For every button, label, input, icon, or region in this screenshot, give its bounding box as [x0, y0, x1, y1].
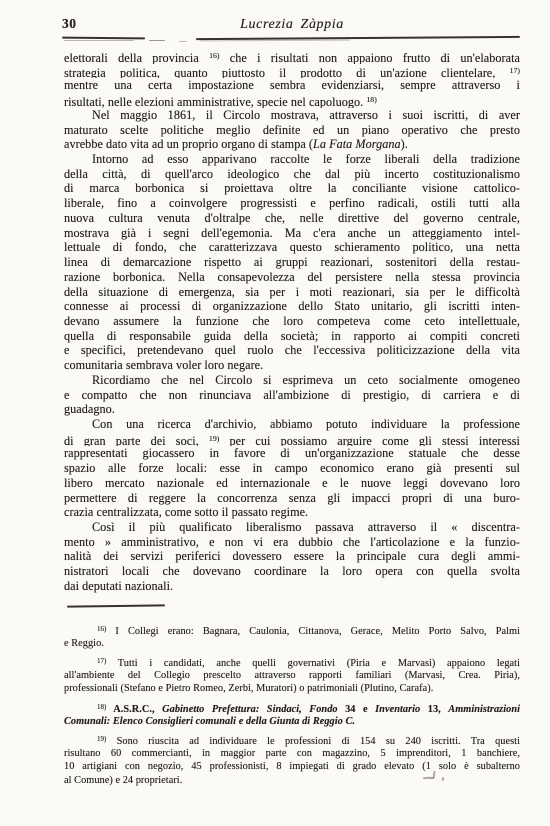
footnote-ref: 17) — [97, 657, 106, 665]
text-segment: Nel maggio 1861, il Circolo mostrava, at… — [92, 108, 520, 122]
text-segment: nalità dei servizi periferici dovessero … — [64, 549, 520, 563]
text-line: spazio alle forze locali: esse in campo … — [64, 461, 520, 476]
text-segment: liberale, fino a coinvolgere progressist… — [64, 196, 520, 210]
paragraph: Con una ricerca d'archivio, abbiamo potu… — [64, 417, 520, 520]
text-line: 18) A.S.R.C., Gabinetto Prefettura: Sind… — [64, 701, 520, 715]
paragraph: Nel maggio 1861, il Circolo mostrava, at… — [64, 108, 520, 152]
page-number: 30 — [62, 16, 77, 32]
text-segment: e compatto che non rinunciava all'ambizi… — [64, 388, 520, 402]
text-segment: spazio alle forze locali: esse in campo … — [64, 461, 520, 475]
text-line: 10 artigiani con negozio, 45 professioni… — [64, 760, 520, 774]
footnote-ref: 16) — [209, 51, 219, 60]
book-page: 30 Lucrezia Zàppia elettorali della prov… — [0, 0, 550, 826]
text-line: nalità dei servizi periferici dovessero … — [64, 549, 520, 564]
text-line: liberale, fino a coinvolgere progressist… — [64, 196, 520, 211]
text-line: della situazione di emergenza, sia per i… — [64, 285, 520, 300]
text-line: mentre una certa impostazione sembra evi… — [64, 78, 520, 93]
text-segment: connesse ai processi di organizzazione d… — [64, 299, 520, 313]
text-segment: devano assumere la funzione che loro com… — [64, 314, 520, 328]
text-segment: Comunali: Elenco Consiglieri comunali e … — [64, 716, 355, 727]
text-line: elettorali della provincia 16) che i ris… — [64, 49, 520, 64]
text-line: 16) I Collegi erano: Bagnara, Caulonia, … — [64, 623, 520, 637]
text-line: di gran parte dei soci, 19) per cui poss… — [64, 432, 520, 447]
text-segment: quella di responsabile guida della socie… — [64, 329, 520, 343]
text-segment: La Fata Morgana — [313, 137, 401, 151]
text-line: strategia politica, quanto piuttosto il … — [64, 64, 520, 79]
text-line: comunitaria sembrava voler loro negare. — [64, 358, 520, 373]
footnote: 18) A.S.R.C., Gabinetto Prefettura: Sind… — [64, 701, 520, 728]
text-segment: per cui possiamo arguire come gli stessi… — [219, 434, 520, 447]
footnote-separator-rule — [67, 604, 165, 607]
text-segment: linea di demarcazione rispetto ai gruppi… — [64, 255, 520, 269]
text-line: Nel maggio 1861, il Circolo mostrava, at… — [64, 108, 520, 123]
footnote: 17) Tutti i candidati, anche quelli gove… — [64, 655, 520, 696]
text-segment: I Collegi erano: Bagnara, Caulonia, Citt… — [106, 626, 520, 637]
text-segment: lettuale di fondo, che caratterizzava qu… — [64, 240, 520, 254]
text-line: all'ambiente del Collegio prescelto attr… — [64, 669, 520, 683]
text-segment: strategia politica, quanto piuttosto il … — [64, 66, 510, 79]
text-segment: all'ambiente del Collegio prescelto attr… — [64, 670, 520, 681]
text-segment: Ricordiamo che nel Circolo si esprimeva … — [92, 373, 520, 387]
text-line: devano assumere la funzione che loro com… — [64, 314, 520, 329]
text-segment: della città, di quell'arco ideologico ch… — [64, 167, 520, 181]
text-line: e specifici, pretendevano quel ruolo che… — [64, 343, 520, 358]
text-segment: nistratori locali che dovevano coordinar… — [64, 564, 520, 578]
paragraph: Così il più qualificato liberalismo pass… — [64, 520, 520, 594]
text-line: e compatto che non rinunciava all'ambizi… — [64, 388, 520, 403]
footnote: 16) I Collegi erano: Bagnara, Caulonia, … — [64, 623, 520, 650]
text-line: mostrava già i segni dell'egemonia. Ma c… — [64, 226, 520, 241]
text-segment: nuova cultura venuta d'oltralpe che, nel… — [64, 211, 520, 225]
header-rule-segment — [200, 40, 350, 42]
text-line: risultano 60 commercianti, in maggior pa… — [64, 747, 520, 761]
text-segment: dai deputati nazionali. — [64, 579, 173, 593]
text-segment: comunitaria sembrava voler loro negare. — [64, 358, 263, 372]
text-line: nuova cultura venuta d'oltralpe che, nel… — [64, 211, 520, 226]
text-segment: 34 e — [338, 704, 376, 715]
text-segment: risultano 60 commercianti, in maggior pa… — [64, 748, 520, 759]
text-segment: Amministrazioni — [448, 704, 520, 715]
text-segment: al Comune) e 24 proprietari. — [64, 775, 182, 786]
text-line: permettere di reggere la concorrenza sen… — [64, 491, 520, 506]
footnote-ref: 18) — [366, 95, 376, 104]
text-line: connesse ai processi di organizzazione d… — [64, 299, 520, 314]
text-line: Così il più qualificato liberalismo pass… — [64, 520, 520, 535]
header-rule-segment — [62, 37, 145, 40]
text-line: e Reggio. — [64, 637, 520, 651]
text-segment: permettere di reggere la concorrenza sen… — [64, 491, 520, 505]
text-segment: Tutti i candidati, anche quelli governat… — [106, 658, 520, 669]
text-segment: libero mercato nazionale ed internaziona… — [64, 476, 520, 490]
text-segment: e Reggio. — [64, 638, 104, 649]
text-line: della città, di quell'arco ideologico ch… — [64, 167, 520, 182]
text-segment: rappresentati giocassero in favore di un… — [64, 446, 520, 460]
footnote-ref: 19) — [97, 735, 106, 743]
footnote-ref: 17) — [510, 66, 520, 75]
text-segment: mentre una certa impostazione sembra evi… — [64, 78, 520, 92]
text-segment: crazia centralizzata, come sotto il pass… — [64, 505, 308, 519]
text-segment: mostrava già i segni dell'egemonia. Ma c… — [64, 226, 520, 240]
text-line: guadagno. — [64, 402, 520, 417]
paragraph: Intorno ad esso apparivano raccolte le f… — [64, 152, 520, 373]
header-rule-segment — [179, 41, 187, 42]
text-line: rappresentati giocassero in favore di un… — [64, 446, 520, 461]
text-line: razione borbonica. Nella consapevolezza … — [64, 270, 520, 285]
text-line: Ricordiamo che nel Circolo si esprimeva … — [64, 373, 520, 388]
text-line: 17) Tutti i candidati, anche quelli gove… — [64, 655, 520, 669]
text-segment: 10 artigiani con negozio, 45 professioni… — [64, 761, 520, 772]
footnotes: 16) I Collegi erano: Bagnara, Caulonia, … — [64, 623, 520, 793]
text-segment: che i risultati non appaiono frutto di u… — [219, 51, 520, 64]
paragraph: Ricordiamo che nel Circolo si esprimeva … — [64, 373, 520, 417]
footnote-ref: 19) — [209, 434, 219, 443]
text-segment: 13, — [420, 704, 448, 715]
text-segment: professionali (Stefano e Pietro Romeo, Z… — [64, 683, 433, 694]
body-text: elettorali della provincia 16) che i ris… — [64, 49, 520, 594]
text-line: lettuale di fondo, che caratterizzava qu… — [64, 240, 520, 255]
text-segment: razione borbonica. Nella consapevolezza … — [64, 270, 520, 284]
text-segment: mento » amministrativo, e non vi era dub… — [64, 535, 520, 549]
text-line: Con una ricerca d'archivio, abbiamo potu… — [64, 417, 520, 432]
text-segment: elettorali della provincia — [64, 51, 209, 64]
text-segment: di marca borbonica si proiettava oltre l… — [64, 181, 520, 195]
text-line: crazia centralizzata, come sotto il pass… — [64, 505, 520, 520]
text-line: di marca borbonica si proiettava oltre l… — [64, 181, 520, 196]
text-line: mento » amministrativo, e non vi era dub… — [64, 535, 520, 550]
text-line: linea di demarcazione rispetto ai gruppi… — [64, 255, 520, 270]
text-line: libero mercato nazionale ed internaziona… — [64, 476, 520, 491]
text-segment: della situazione di emergenza, sia per i… — [64, 285, 520, 299]
paragraph: elettorali della provincia 16) che i ris… — [64, 49, 520, 108]
text-line: Comunali: Elenco Consiglieri comunali e … — [64, 715, 520, 729]
text-segment: Sono riuscita ad individuare le professi… — [106, 736, 520, 747]
text-line: risultati, nelle elezioni amministrative… — [64, 93, 520, 108]
text-segment: risultati, nelle elezioni amministrative… — [64, 95, 366, 108]
text-segment: Intorno ad esso apparivano raccolte le f… — [92, 152, 520, 166]
text-line: maturato scelte politiche meglio definit… — [64, 123, 520, 138]
running-title: Lucrezia Zàppia — [240, 17, 344, 32]
text-line: 19) Sono riuscita ad individuare le prof… — [64, 733, 520, 747]
footnote-ref: 18) — [97, 703, 106, 711]
text-segment: Con una ricerca d'archivio, abbiamo potu… — [92, 417, 520, 431]
text-line: professionali (Stefano e Pietro Romeo, Z… — [64, 682, 520, 696]
header-rule-segment — [64, 40, 134, 41]
text-line: dai deputati nazionali. — [64, 579, 520, 594]
text-segment: maturato scelte politiche meglio definit… — [64, 123, 520, 137]
text-segment: ). — [401, 137, 408, 151]
text-segment: Inventario — [375, 704, 420, 715]
text-line: nistratori locali che dovevano coordinar… — [64, 564, 520, 579]
text-segment: e specifici, pretendevano quel ruolo che… — [64, 343, 520, 357]
text-segment: di gran parte dei soci, — [64, 434, 209, 447]
text-line: quella di responsabile guida della socie… — [64, 329, 520, 344]
text-line: al Comune) e 24 proprietari. — [64, 774, 520, 788]
header-rule-segment — [149, 40, 165, 41]
page-header: 30 Lucrezia Zàppia — [64, 15, 520, 33]
text-segment: Gabinetto Prefettura: Sindaci, Fondo — [162, 704, 337, 715]
text-segment: A.S.R.C., — [106, 704, 162, 715]
text-line: Intorno ad esso apparivano raccolte le f… — [64, 152, 520, 167]
text-line: avrebbe dato vita ad un proprio organo d… — [64, 137, 520, 152]
text-segment: Così il più qualificato liberalismo pass… — [92, 520, 520, 534]
footnote: 19) Sono riuscita ad individuare le prof… — [64, 733, 520, 787]
text-segment: avrebbe dato vita ad un proprio organo d… — [64, 137, 313, 151]
text-segment: guadagno. — [64, 402, 115, 416]
footnote-ref: 16) — [97, 625, 106, 633]
